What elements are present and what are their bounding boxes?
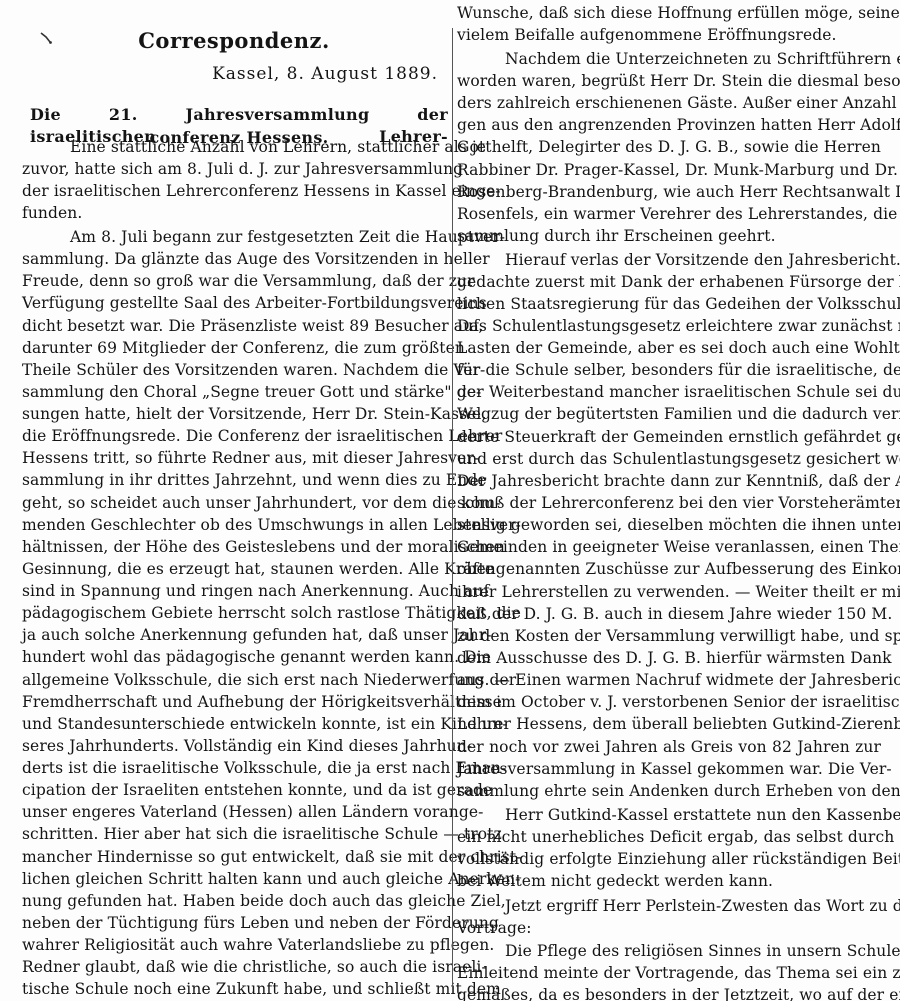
text-line: Rosenfels, ein warmer Verehrer des Lehre… xyxy=(457,203,881,225)
text-line: Gotthelft, Delegirter des D. J. G. B., s… xyxy=(457,136,881,158)
text-line: Wunsche, daß sich diese Hoffnung erfülle… xyxy=(457,2,881,24)
text-line: funden. xyxy=(22,202,446,224)
text-line: cipation der Israeliten entstehen konnte… xyxy=(22,779,446,801)
text-line: Freude, denn so groß war die Versammlung… xyxy=(22,270,446,292)
text-line: Rosenberg-Brandenburg, wie auch Herr Rec… xyxy=(457,181,881,203)
text-line: lichen gleichen Schritt halten kann und … xyxy=(22,868,446,890)
text-line: Hierauf verlas der Vorsitzende den Jahre… xyxy=(457,249,881,271)
text-line: sammlung durch ihr Erscheinen geehrt. xyxy=(457,225,881,247)
text-line: neben der Tüchtigung fürs Leben und nebe… xyxy=(22,912,446,934)
text-line: menden Geschlechter ob des Umschwungs in… xyxy=(22,514,446,536)
text-line: Redner glaubt, daß wie die christliche, … xyxy=(22,956,446,978)
text-line: Gesinnung, die es erzeugt hat, staunen w… xyxy=(22,558,446,580)
text-line: aus. — Einen warmen Nachruf widmete der … xyxy=(457,669,881,691)
text-line: hältnissen, der Höhe des Geisteslebens u… xyxy=(22,536,446,558)
text-line: Jahresversammlung in Kassel gekommen war… xyxy=(457,758,881,780)
text-line: allgemeine Volksschule, die sich erst na… xyxy=(22,669,446,691)
text-line: und erst durch das Schulentlastungsgeset… xyxy=(457,448,881,470)
text-line: derts ist die israelitische Volksschule,… xyxy=(22,757,446,779)
text-line: Hessens tritt, so führte Redner aus, mit… xyxy=(22,447,446,469)
dateline: Kassel, 8. August 1889. xyxy=(212,64,438,84)
text-line: vollständig erfolgte Einziehung aller rü… xyxy=(457,848,881,870)
text-line: schritten. Hier aber hat sich die israel… xyxy=(22,823,446,845)
text-line: Nachdem die Unterzeichneten zu Schriftfü… xyxy=(457,48,881,70)
text-line: darunter 69 Mitglieder der Conferenz, di… xyxy=(22,337,446,359)
text-line: zu den Kosten der Versammlung verwilligt… xyxy=(457,625,881,647)
text-line: seres Jahrhunderts. Vollständig ein Kind… xyxy=(22,735,446,757)
text-line: stellig geworden sei, dieselben möchten … xyxy=(457,514,881,536)
text-line: lichen Staatsregierung für das Gedeihen … xyxy=(457,293,881,315)
text-line: Jetzt ergriff Herr Perlstein-Zwesten das… xyxy=(457,895,881,917)
text-line: worden waren, begrüßt Herr Dr. Stein die… xyxy=(457,70,881,92)
text-line: Gemeinden in geeigneter Weise veranlasse… xyxy=(457,536,881,558)
text-line: Theile Schüler des Vorsitzenden waren. N… xyxy=(22,359,446,381)
text-line: gedachte zuerst mit Dank der erhabenen F… xyxy=(457,271,881,293)
text-line: dicht besetzt war. Die Präsenzliste weis… xyxy=(22,315,446,337)
text-line: Herr Gutkind-Kassel erstattete nun den K… xyxy=(457,804,881,826)
text-line: sammlung in ihr drittes Jahrzehnt, und w… xyxy=(22,469,446,491)
text-line: Vortrage: xyxy=(457,917,881,939)
text-line: mancher Hindernisse so gut entwickelt, d… xyxy=(22,846,446,868)
text-line: Fremdherrschaft und Aufhebung der Hörigk… xyxy=(22,691,446,713)
text-line: Rabbiner Dr. Prager-Kassel, Dr. Munk-Mar… xyxy=(457,159,881,181)
text-line: sammlung den Choral „Segne treuer Gott u… xyxy=(22,381,446,403)
text-line: Verfügung gestellte Saal des Arbeiter-Fo… xyxy=(22,292,446,314)
text-line: ihrer Lehrerstellen zu verwenden. — Weit… xyxy=(457,581,881,603)
text-line: zuvor, hatte sich am 8. Juli d. J. zur J… xyxy=(22,158,446,180)
text-line: und Standesunterschiede entwickeln konnt… xyxy=(22,713,446,735)
newspaper-page: Correspondenz. Kassel, 8. August 1889. D… xyxy=(0,0,900,1001)
text-line: obengenannten Zuschüsse zur Aufbesserung… xyxy=(457,558,881,580)
text-line: geht, so scheidet auch unser Jahrhundert… xyxy=(22,492,446,514)
text-line: für die Schule selber, besonders für die… xyxy=(457,359,881,381)
text-line: Das Schulentlastungsgesetz erleichtere z… xyxy=(457,315,881,337)
text-line: ja auch solche Anerkennung gefunden hat,… xyxy=(22,624,446,646)
text-line: ders zahlreich erschienenen Gäste. Außer… xyxy=(457,92,881,114)
text-line: Der Jahresbericht brachte dann zur Kennt… xyxy=(457,470,881,492)
text-line: sind in Spannung und ringen nach Anerken… xyxy=(22,580,446,602)
text-line: sammlung ehrte sein Andenken durch Erheb… xyxy=(457,780,881,802)
text-line: der Weiterbestand mancher israelitischen… xyxy=(457,381,881,403)
text-line: Die Pflege des religiösen Sinnes in unse… xyxy=(457,940,881,962)
text-line: daß der D. J. G. B. auch in diesem Jahre… xyxy=(457,603,881,625)
text-line: sungen hatte, hielt der Vorsitzende, Her… xyxy=(22,403,446,425)
text-line: schuß der Lehrerconferenz bei den vier V… xyxy=(457,492,881,514)
text-line: Einleitend meinte der Vortragende, das T… xyxy=(457,962,881,984)
text-line: Lasten der Gemeinde, aber es sei doch au… xyxy=(457,337,881,359)
text-line: die Eröffnungsrede. Die Conferenz der is… xyxy=(22,425,446,447)
column-divider xyxy=(452,28,453,993)
text-line: pädagogischem Gebiete herrscht solch ras… xyxy=(22,602,446,624)
text-line: unser engeres Vaterland (Hessen) allen L… xyxy=(22,801,446,823)
text-line: Lehrer Hessens, dem überall beliebten Gu… xyxy=(457,713,881,735)
text-line: dem im October v. J. verstorbenen Senior… xyxy=(457,691,881,713)
text-line: nung gefunden hat. Haben beide doch auch… xyxy=(22,890,446,912)
text-line: der noch vor zwei Jahren als Greis von 8… xyxy=(457,736,881,758)
text-line: wahrer Religiosität auch wahre Vaterland… xyxy=(22,934,446,956)
text-line: derte Steuerkraft der Gemeinden ernstlic… xyxy=(457,426,881,448)
text-line: ein nicht unerhebliches Deficit ergab, d… xyxy=(457,826,881,848)
text-line: Eine stattliche Anzahl von Lehrern, stat… xyxy=(22,136,446,158)
section-title: Correspondenz. xyxy=(22,28,446,53)
text-line: hundert wohl das pädagogische genannt we… xyxy=(22,646,446,668)
text-line: gemäßes, da es besonders in der Jetztzei… xyxy=(457,984,881,1001)
text-line: bei Weitem nicht gedeckt werden kann. xyxy=(457,870,881,892)
text-line: dem Ausschusse des D. J. G. B. hierfür w… xyxy=(457,647,881,669)
text-line: sammlung. Da glänzte das Auge des Vorsit… xyxy=(22,248,446,270)
text-line: der israelitischen Lehrerconferenz Hesse… xyxy=(22,180,446,202)
text-line: tische Schule noch eine Zukunft habe, un… xyxy=(22,978,446,1000)
text-line: vielem Beifalle aufgenommene Eröffnungsr… xyxy=(457,24,881,46)
text-line: gen aus den angrenzenden Provinzen hatte… xyxy=(457,114,881,136)
text-line: Am 8. Juli begann zur festgesetzten Zeit… xyxy=(22,226,446,248)
text-line: Wegzug der begütertsten Familien und die… xyxy=(457,403,881,425)
